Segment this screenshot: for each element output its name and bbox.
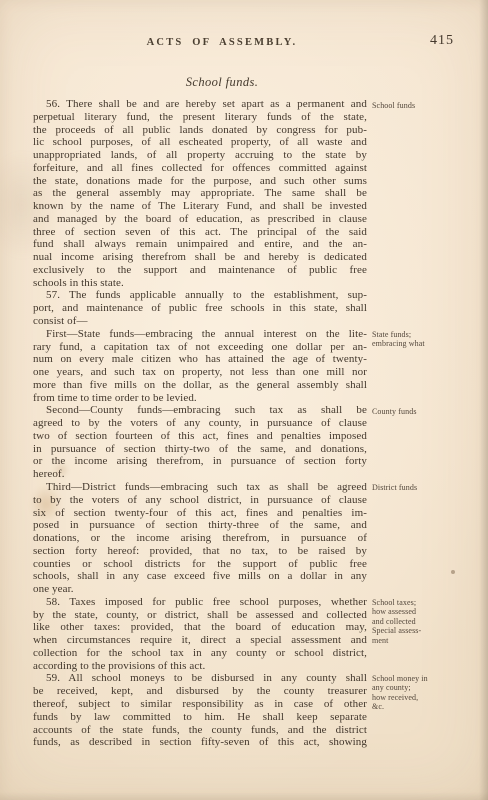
paragraph: 58. Taxes imposed for public free school…	[33, 596, 367, 673]
margin-note-line: School taxes;	[372, 598, 472, 607]
text-line: by the state, county, or district, shall…	[33, 609, 367, 622]
text-line: funds, as described in section fifty-sev…	[33, 736, 367, 749]
text-line: perpetual literary fund, the present lit…	[33, 111, 367, 124]
text-line: according to the provisions of this act.	[33, 660, 367, 673]
paragraph: 59. All school moneys to be disbursed in…	[33, 672, 367, 749]
text-line: nual income arising therefrom shall be a…	[33, 251, 367, 264]
text-line: 56. There shall be and are hereby set ap…	[33, 98, 367, 111]
text-line: fund shall always remain unimpaired and …	[33, 238, 367, 251]
text-line: consist of—	[33, 315, 367, 328]
margin-note: School funds	[372, 101, 472, 110]
text-line: posed in pursuance of section thirty-thr…	[33, 519, 367, 532]
running-head: ACTS OF ASSEMBLY.	[33, 37, 411, 48]
paragraph: Second—County funds—embracing such tax a…	[33, 404, 367, 481]
paragraph: First—State funds—embracing the annual i…	[33, 328, 367, 405]
text-line: agreed to by the voters of any county, i…	[33, 417, 367, 430]
margin-note-line: how assessed	[372, 607, 472, 616]
text-line: exclusively to the support and maintenan…	[33, 264, 367, 277]
text-line: in pursuance of section thirty-two of th…	[33, 443, 367, 456]
text-line: schools, shall in any case exceed five m…	[33, 570, 367, 583]
paragraph: 57. The funds applicable annually to the…	[33, 289, 367, 327]
section-heading: School funds.	[33, 75, 411, 90]
text-line: as the general assembly may appropriate.…	[33, 187, 367, 200]
margin-note-line: County funds	[372, 407, 472, 416]
text-line: like other taxes: provided, that the boa…	[33, 621, 367, 634]
margin-note-line: how received,	[372, 693, 472, 702]
text-line: First—State funds—embracing the annual i…	[33, 328, 367, 341]
text-line: accounts of the state funds, the county …	[33, 724, 367, 737]
text-line: funds by law committed to him. He shall …	[33, 711, 367, 724]
text-line: one years, and such tax on property, not…	[33, 366, 367, 379]
text-line: the proceeds of all public lands donated…	[33, 124, 367, 137]
text-line: lic school purposes, of all escheated pr…	[33, 136, 367, 149]
text-line: rary fund, a capitation tax of not excee…	[33, 341, 367, 354]
text-line: section forty hereof: provided, that no …	[33, 545, 367, 558]
margin-note: School taxes;how assessedand collectedSp…	[372, 598, 472, 645]
text-line: unappropriated lands, of all property ac…	[33, 149, 367, 162]
margin-note-line: ment	[372, 636, 472, 645]
text-line: counties or school districts for the sup…	[33, 558, 367, 571]
text-line: when circumstances require it, direct a …	[33, 634, 367, 647]
text-line: schools in this state.	[33, 277, 367, 290]
text-column: 56. There shall be and are hereby set ap…	[33, 98, 367, 749]
margin-note-line: State funds;	[372, 330, 472, 339]
scanned-book-page: ACTS OF ASSEMBLY. 415 School funds. 56. …	[0, 0, 488, 800]
text-line: 58. Taxes imposed for public free school…	[33, 596, 367, 609]
margin-note-line: School funds	[372, 101, 472, 110]
text-line: thereof, subject to similar responsibili…	[33, 698, 367, 711]
text-line: six of section twenty-four of this act, …	[33, 507, 367, 520]
margin-note: District funds	[372, 483, 472, 492]
text-line: collection for the school tax in any cou…	[33, 647, 367, 660]
margin-note-line: and collected	[372, 617, 472, 626]
text-line: and managed by the board of education, a…	[33, 213, 367, 226]
margin-note-line: District funds	[372, 483, 472, 492]
text-line: more than five mills on the dollar, as t…	[33, 379, 367, 392]
text-line: donations, or the income arising therefr…	[33, 532, 367, 545]
margin-note: State funds;embracing what	[372, 330, 472, 349]
margin-note-line: Special assess-	[372, 626, 472, 635]
text-line: 59. All school moneys to be disbursed in…	[33, 672, 367, 685]
text-line: the state, donations made for the purpos…	[33, 175, 367, 188]
text-line: from time to time order to be levied.	[33, 392, 367, 405]
text-line: Third—District funds—embracing such tax …	[33, 481, 367, 494]
page-edge-shadow	[479, 0, 488, 800]
text-line: Second—County funds—embracing such tax a…	[33, 404, 367, 417]
page-bottom-shadow	[0, 792, 488, 800]
margin-note-line: any county;	[372, 683, 472, 692]
margin-note: County funds	[372, 407, 472, 416]
text-line: forfeiture, and all fines collected for …	[33, 162, 367, 175]
text-line: two of section fourteen of this act, fin…	[33, 430, 367, 443]
text-line: one year.	[33, 583, 367, 596]
page-number: 415	[430, 33, 470, 49]
text-line: hereof.	[33, 468, 367, 481]
margin-note-line: School money in	[372, 674, 472, 683]
margin-note-line: embracing what	[372, 339, 472, 348]
text-line: known by the name of The Literary Fund, …	[33, 200, 367, 213]
text-line: num on every male citizen who has attain…	[33, 353, 367, 366]
text-line: to by the voters of any school district,…	[33, 494, 367, 507]
margin-note: School money inany county;how received,&…	[372, 674, 472, 712]
text-line: or the income arising therefrom, in purs…	[33, 455, 367, 468]
text-line: be received, kept, and disbursed by the …	[33, 685, 367, 698]
paper-speck	[451, 570, 455, 574]
margin-note-line: &c.	[372, 702, 472, 711]
paragraph: Third—District funds—embracing such tax …	[33, 481, 367, 596]
text-line: 57. The funds applicable annually to the…	[33, 289, 367, 302]
text-line: three of section seven of this act. The …	[33, 226, 367, 239]
paragraph: 56. There shall be and are hereby set ap…	[33, 98, 367, 289]
text-line: port, and maintenance of public free sch…	[33, 302, 367, 315]
